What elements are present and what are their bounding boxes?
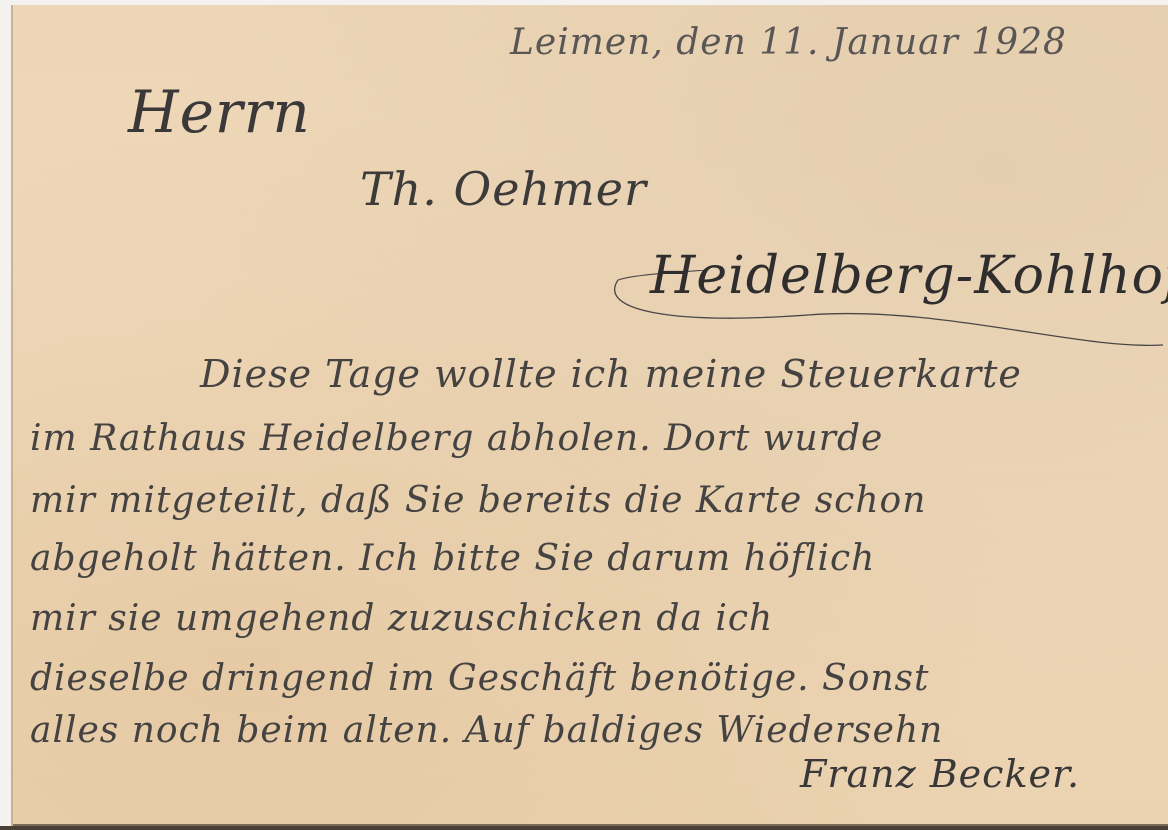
body-line: mir mitgeteilt, daß Sie bereits die Kart… (30, 480, 926, 521)
body-line: mir sie umgehend zuzuschicken da ich (30, 598, 773, 639)
recipient-name: Th. Oehmer (360, 162, 647, 216)
place-date: Leimen, den 11. Januar 1928 (510, 22, 1067, 63)
recipient-city: Heidelberg-Kohlhof (650, 246, 1168, 306)
body-line: im Rathaus Heidelberg abholen. Dort wurd… (30, 418, 883, 459)
body-line: Diese Tage wollte ich meine Steuerkarte (200, 352, 1022, 396)
signature: Franz Becker. (800, 752, 1080, 796)
body-line: abgeholt hätten. Ich bitte Sie darum höf… (30, 538, 875, 579)
body-line: alles noch beim alten. Auf baldiges Wied… (30, 710, 943, 751)
body-line: dieselbe dringend im Geschäft benötige. … (30, 658, 930, 699)
card-bottom-edge (0, 826, 1168, 830)
salutation: Herrn (128, 78, 311, 146)
